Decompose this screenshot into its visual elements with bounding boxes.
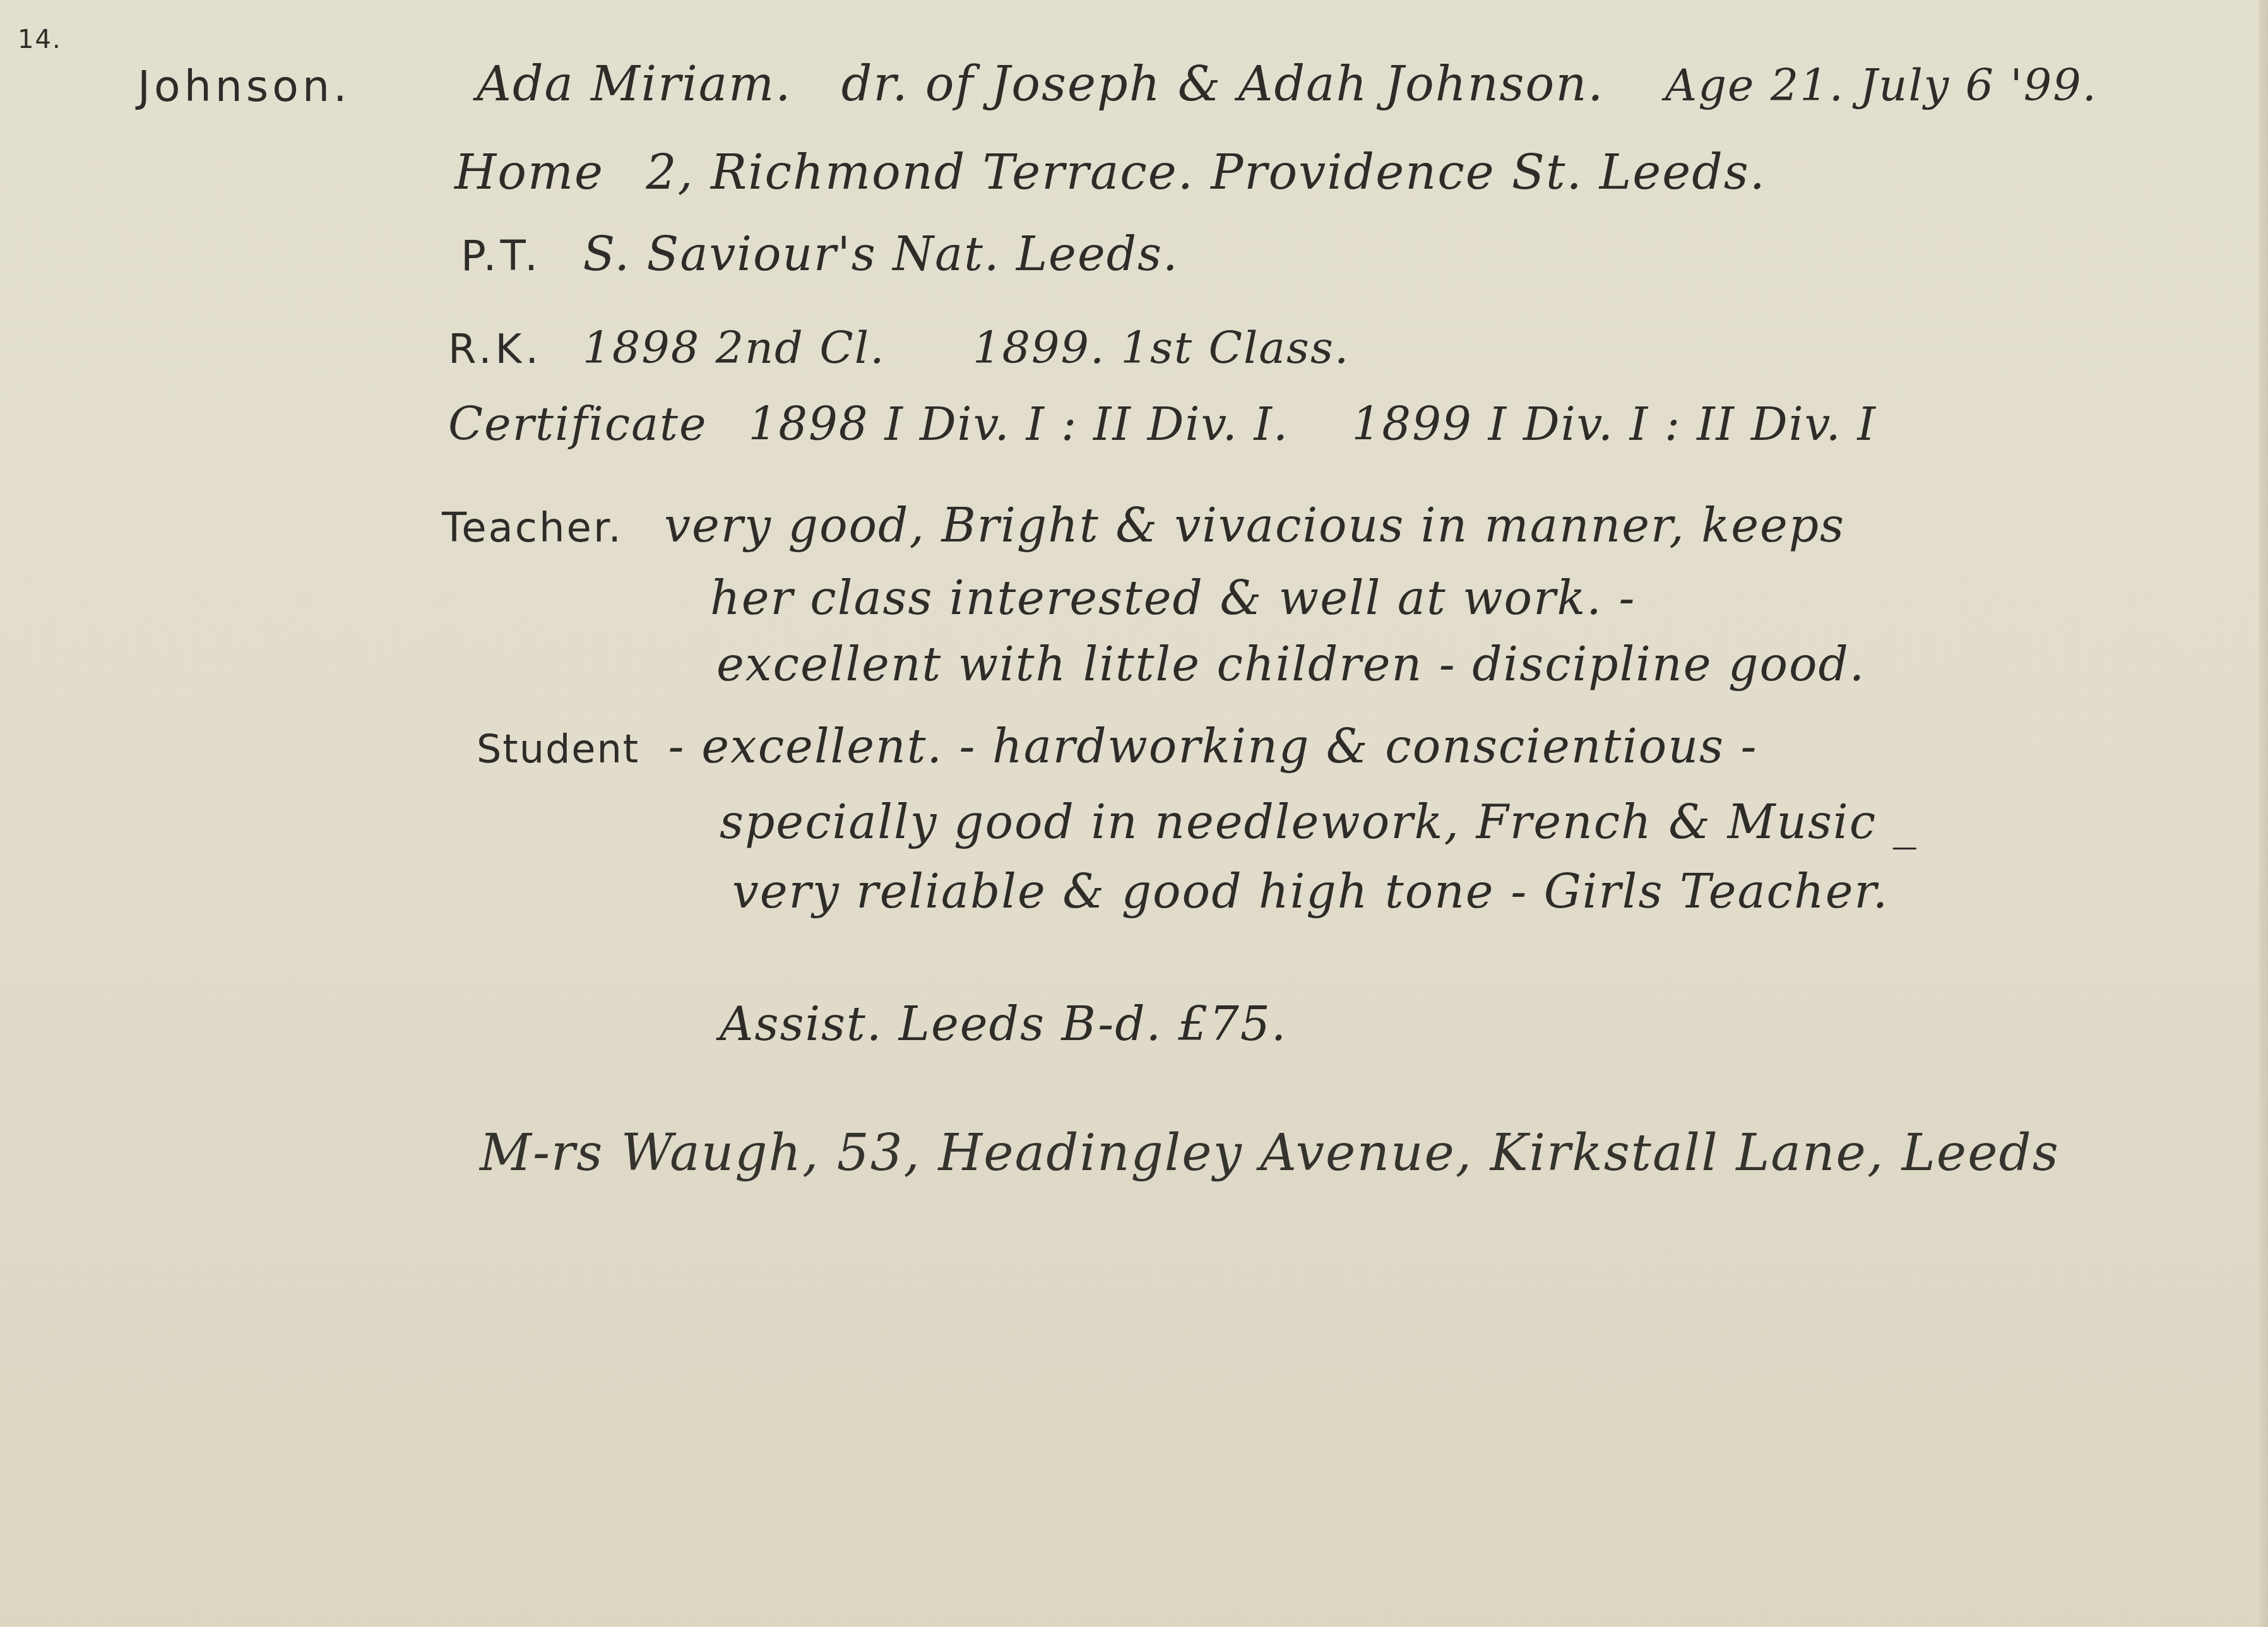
pt-label: P.T.: [461, 232, 542, 280]
teacher-line-1: Teacher. very good, Bright & vivacious i…: [442, 499, 1845, 553]
page-edge: [2259, 0, 2268, 1627]
pt-school: S. Saviour's Nat. Leeds.: [583, 227, 1179, 281]
home-address: 2, Richmond Terrace. Providence St. Leed…: [646, 144, 1766, 200]
certificate-1899: 1899 I Div. I : II Div. I: [1352, 398, 1877, 451]
name-line: Ada Miriam. dr. of Joseph & Adah Johnson…: [477, 56, 2098, 112]
student-remark-1: - excellent. - hardworking & conscientio…: [668, 719, 1758, 774]
register-page: 14. Johnson. Ada Miriam. dr. of Joseph &…: [0, 0, 2268, 1627]
student-line-1: Student - excellent. - hardworking & con…: [477, 719, 1758, 774]
certificate-label: Certificate: [448, 398, 708, 451]
teacher-remark-1: very good, Bright & vivacious in manner,…: [664, 499, 1845, 553]
appointment: Assist. Leeds B-d. £75.: [720, 997, 1287, 1051]
home-line: Home 2, Richmond Terrace. Providence St.…: [454, 144, 1766, 200]
teacher-label: Teacher.: [442, 505, 623, 552]
home-label: Home: [454, 144, 604, 200]
rk-label: R.K.: [448, 326, 542, 373]
rk-1899: 1899. 1st Class.: [973, 322, 1350, 374]
later-address: M-rs Waugh, 53, Headingley Avenue, Kirks…: [480, 1123, 2060, 1182]
given-names: Ada Miriam.: [477, 56, 792, 112]
teacher-remark-3: excellent with little children - discipl…: [716, 637, 1865, 692]
rk-1898: 1898 2nd Cl.: [583, 322, 885, 374]
parentage: dr. of Joseph & Adah Johnson.: [841, 56, 1605, 112]
entry-number: 14.: [18, 25, 62, 54]
student-remark-2: specially good in needlework, French & M…: [720, 795, 1918, 849]
pupil-teacher-line: P.T. S. Saviour's Nat. Leeds.: [461, 227, 1179, 281]
rk-line: R.K. 1898 2nd Cl. 1899. 1st Class.: [448, 322, 1350, 374]
teacher-remark-2: her class interested & well at work. -: [710, 571, 1636, 625]
student-remark-3: very reliable & good high tone - Girls T…: [732, 865, 1889, 919]
surname: Johnson.: [138, 62, 351, 112]
certificate-line: Certificate 1898 I Div. I : II Div. I. 1…: [448, 398, 1877, 451]
student-label: Student: [477, 726, 639, 772]
certificate-1898: 1898 I Div. I : II Div. I.: [748, 398, 1288, 451]
age-date: Age 21. July 6 '99.: [1665, 59, 2098, 111]
